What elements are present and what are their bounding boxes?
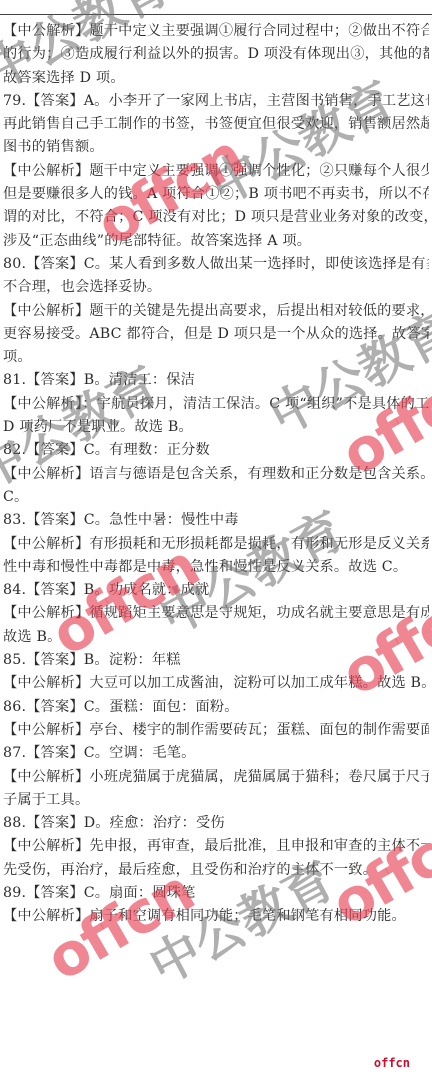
doc-line: D 项药厂不是职业。故选 B。 — [3, 416, 429, 439]
doc-line: 【中公解析】循规蹈矩主要意思是守规矩，功成名就主要意思是有成就。 — [3, 602, 429, 625]
offcn-logo: offcn — [374, 1056, 410, 1070]
doc-line: 【中公解析】有形损耗和无形损耗都是损耗，有形和无形是反义关系。急 — [3, 533, 429, 556]
doc-line: 【中公解析】小班虎猫属于虎猫属，虎猫属属于猫科；卷尺属于尺子，尺 — [3, 766, 429, 789]
doc-line: 性中毒和慢性中毒都是中毒，急性和慢性是反义关系。故选 C。 — [3, 556, 429, 579]
doc-line: 谓的对比，不符合；C 项没有对比；D 项只是营业业务对象的改变，并不 — [3, 206, 429, 229]
doc-line: 【中公解析】亭台、楼宇的制作需要砖瓦；蛋糕、面包的制作需要面粉。 — [3, 719, 429, 742]
doc-line: 故答案选择 D 项。 — [3, 67, 429, 90]
doc-line: 87.【答案】C。空调：毛笔。 — [3, 742, 429, 765]
doc-line: 【中公解析】题干中定义主要强调①履行合同过程中；②做出不符合规定 — [3, 20, 429, 43]
doc-line: 79.【答案】A。小李开了一家网上书店，主营图书销售，手工艺这也可以 — [3, 90, 429, 113]
doc-line: 子属于工具。 — [3, 789, 429, 812]
doc-line: 89.【答案】C。扇面：圆珠笔 — [3, 882, 429, 905]
doc-line: 【中公解析】先申报，再审查，最后批准，且申报和审查的主体不一致； — [3, 835, 429, 858]
doc-line: 【中公解析】题干的关键是先提出高要求，后提出相对较低的要求，对方 — [3, 300, 429, 323]
doc-line: 80.【答案】C。某人看到多数人做出某一选择时，即使该选择是有多么的 — [3, 253, 429, 276]
doc-line: 再此销售自己手工制作的书签，书签便宜但很受欢迎，销售额居然超过了 — [3, 113, 429, 136]
doc-line: 【中公解析】题干中定义主要强调①强调个性化；②只赚每个人很少的钱， — [3, 160, 429, 183]
doc-line: 【中公解析】语言与德语是包含关系，有理数和正分数是包含关系。故选 — [3, 463, 429, 486]
doc-line: 82.【答案】C。有理数：正分数 — [3, 439, 429, 462]
doc-line: 84.【答案】B。功成名就：成就 — [3, 579, 429, 602]
doc-line: 更容易接受。ABC 都符合，但是 D 项只是一个从众的选择。故答案选择 D — [3, 323, 429, 346]
doc-line: 【中公解析】：宇航员探月，清洁工保洁。C 项“组织”不是具体的工作， — [3, 393, 429, 416]
doc-line: 不合理，也会选择妥协。 — [3, 276, 429, 299]
answer-document: 【中公解析】题干中定义主要强调①履行合同过程中；②做出不符合规定 的行为；③造成… — [3, 20, 429, 929]
doc-line: 81.【答案】B。清洁工：保洁 — [3, 369, 429, 392]
doc-line: 项。 — [3, 346, 429, 369]
doc-line: 【中公解析】扇子和空调有相同功能；毛笔和钢笔有相同功能。 — [3, 905, 429, 928]
doc-line: 先受伤，再治疗，最后痊愈，且受伤和治疗的主体不一致。 — [3, 859, 429, 882]
header-rule — [0, 14, 432, 15]
doc-line: 85.【答案】B。淀粉：年糕 — [3, 649, 429, 672]
doc-line: 涉及“正态曲线”的尾部特征。故答案选择 A 项。 — [3, 230, 429, 253]
doc-line: 88.【答案】D。痊愈：治疗：受伤 — [3, 812, 429, 835]
doc-line: 但是要赚很多人的钱。A 项符合①②；B 项书吧不再卖书，所以不存在所 — [3, 183, 429, 206]
doc-line: 【中公解析】大豆可以加工成酱油，淀粉可以加工成年糕。故选 B。 — [3, 672, 429, 695]
doc-line: 图书的销售额。 — [3, 136, 429, 159]
doc-line: 86.【答案】C。蛋糕：面包：面粉。 — [3, 696, 429, 719]
doc-line: 的行为；③造成履行利益以外的损害。D 项没有体现出③，其他的都符合。 — [3, 43, 429, 66]
doc-line: 故选 B。 — [3, 626, 429, 649]
doc-line: C。 — [3, 486, 429, 509]
doc-line: 83.【答案】C。急性中暑：慢性中毒 — [3, 509, 429, 532]
